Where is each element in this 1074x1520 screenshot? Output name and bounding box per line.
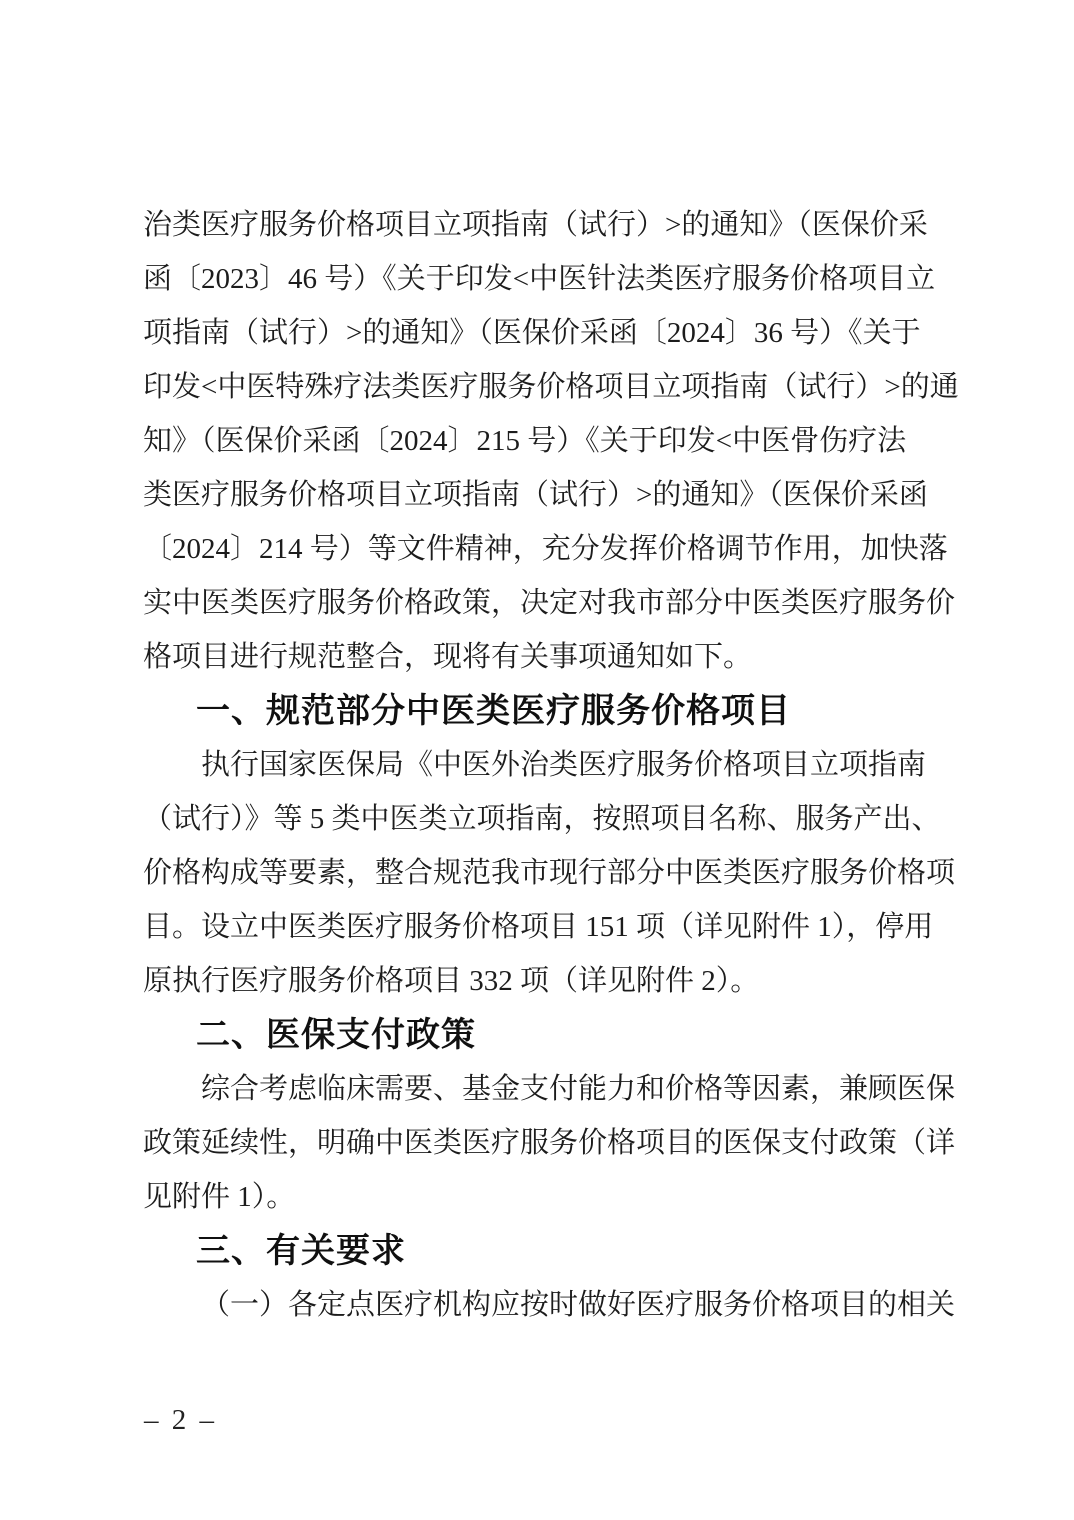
paragraph-line: 印发<中医特殊疗法类医疗服务价格项目立项指南（试行）>的通	[143, 360, 945, 414]
paragraph-line: 格项目进行规范整合，现将有关事项通知如下。	[143, 630, 945, 684]
paragraph-line: 项指南（试行）>的通知》（医保价采函〔2024〕36 号）《关于	[143, 306, 945, 360]
page-number: – 2 –	[144, 1400, 217, 1440]
section-heading: 一、规范部分中医类医疗服务价格项目	[143, 684, 945, 738]
paragraph-line: 类医疗服务价格项目立项指南（试行）>的通知》（医保价采函	[143, 468, 945, 522]
paragraph-line: 函〔2023〕46 号）《关于印发<中医针法类医疗服务价格项目立	[143, 252, 945, 306]
paragraph-line: （试行）》等 5 类中医类立项指南，按照项目名称、服务产出、	[143, 792, 945, 846]
section-heading: 三、有关要求	[143, 1224, 945, 1278]
paragraph-line: 实中医类医疗服务价格政策，决定对我市部分中医类医疗服务价	[143, 576, 945, 630]
document-page: 治类医疗服务价格项目立项指南（试行）>的通知》（医保价采函〔2023〕46 号）…	[0, 0, 1074, 1520]
section-heading: 二、医保支付政策	[143, 1008, 945, 1062]
paragraph-line: 原执行医疗服务价格项目 332 项（详见附件 2）。	[143, 954, 945, 1008]
paragraph-line: 价格构成等要素，整合规范我市现行部分中医类医疗服务价格项	[143, 846, 945, 900]
paragraph-line: 〔2024〕214 号）等文件精神，充分发挥价格调节作用，加快落	[143, 522, 945, 576]
paragraph-line: 执行国家医保局《中医外治类医疗服务价格项目立项指南	[143, 738, 945, 792]
paragraph-line: （一）各定点医疗机构应按时做好医疗服务价格项目的相关	[143, 1278, 945, 1332]
paragraph-line: 综合考虑临床需要、基金支付能力和价格等因素，兼顾医保	[143, 1062, 945, 1116]
paragraph-line: 目。设立中医类医疗服务价格项目 151 项（详见附件 1），停用	[143, 900, 945, 954]
paragraph-line: 见附件 1）。	[143, 1170, 945, 1224]
paragraph-line: 治类医疗服务价格项目立项指南（试行）>的通知》（医保价采	[143, 198, 945, 252]
document-body: 治类医疗服务价格项目立项指南（试行）>的通知》（医保价采函〔2023〕46 号）…	[143, 198, 945, 1332]
paragraph-line: 政策延续性，明确中医类医疗服务价格项目的医保支付政策（详	[143, 1116, 945, 1170]
paragraph-line: 知》（医保价采函〔2024〕215 号）《关于印发<中医骨伤疗法	[143, 414, 945, 468]
